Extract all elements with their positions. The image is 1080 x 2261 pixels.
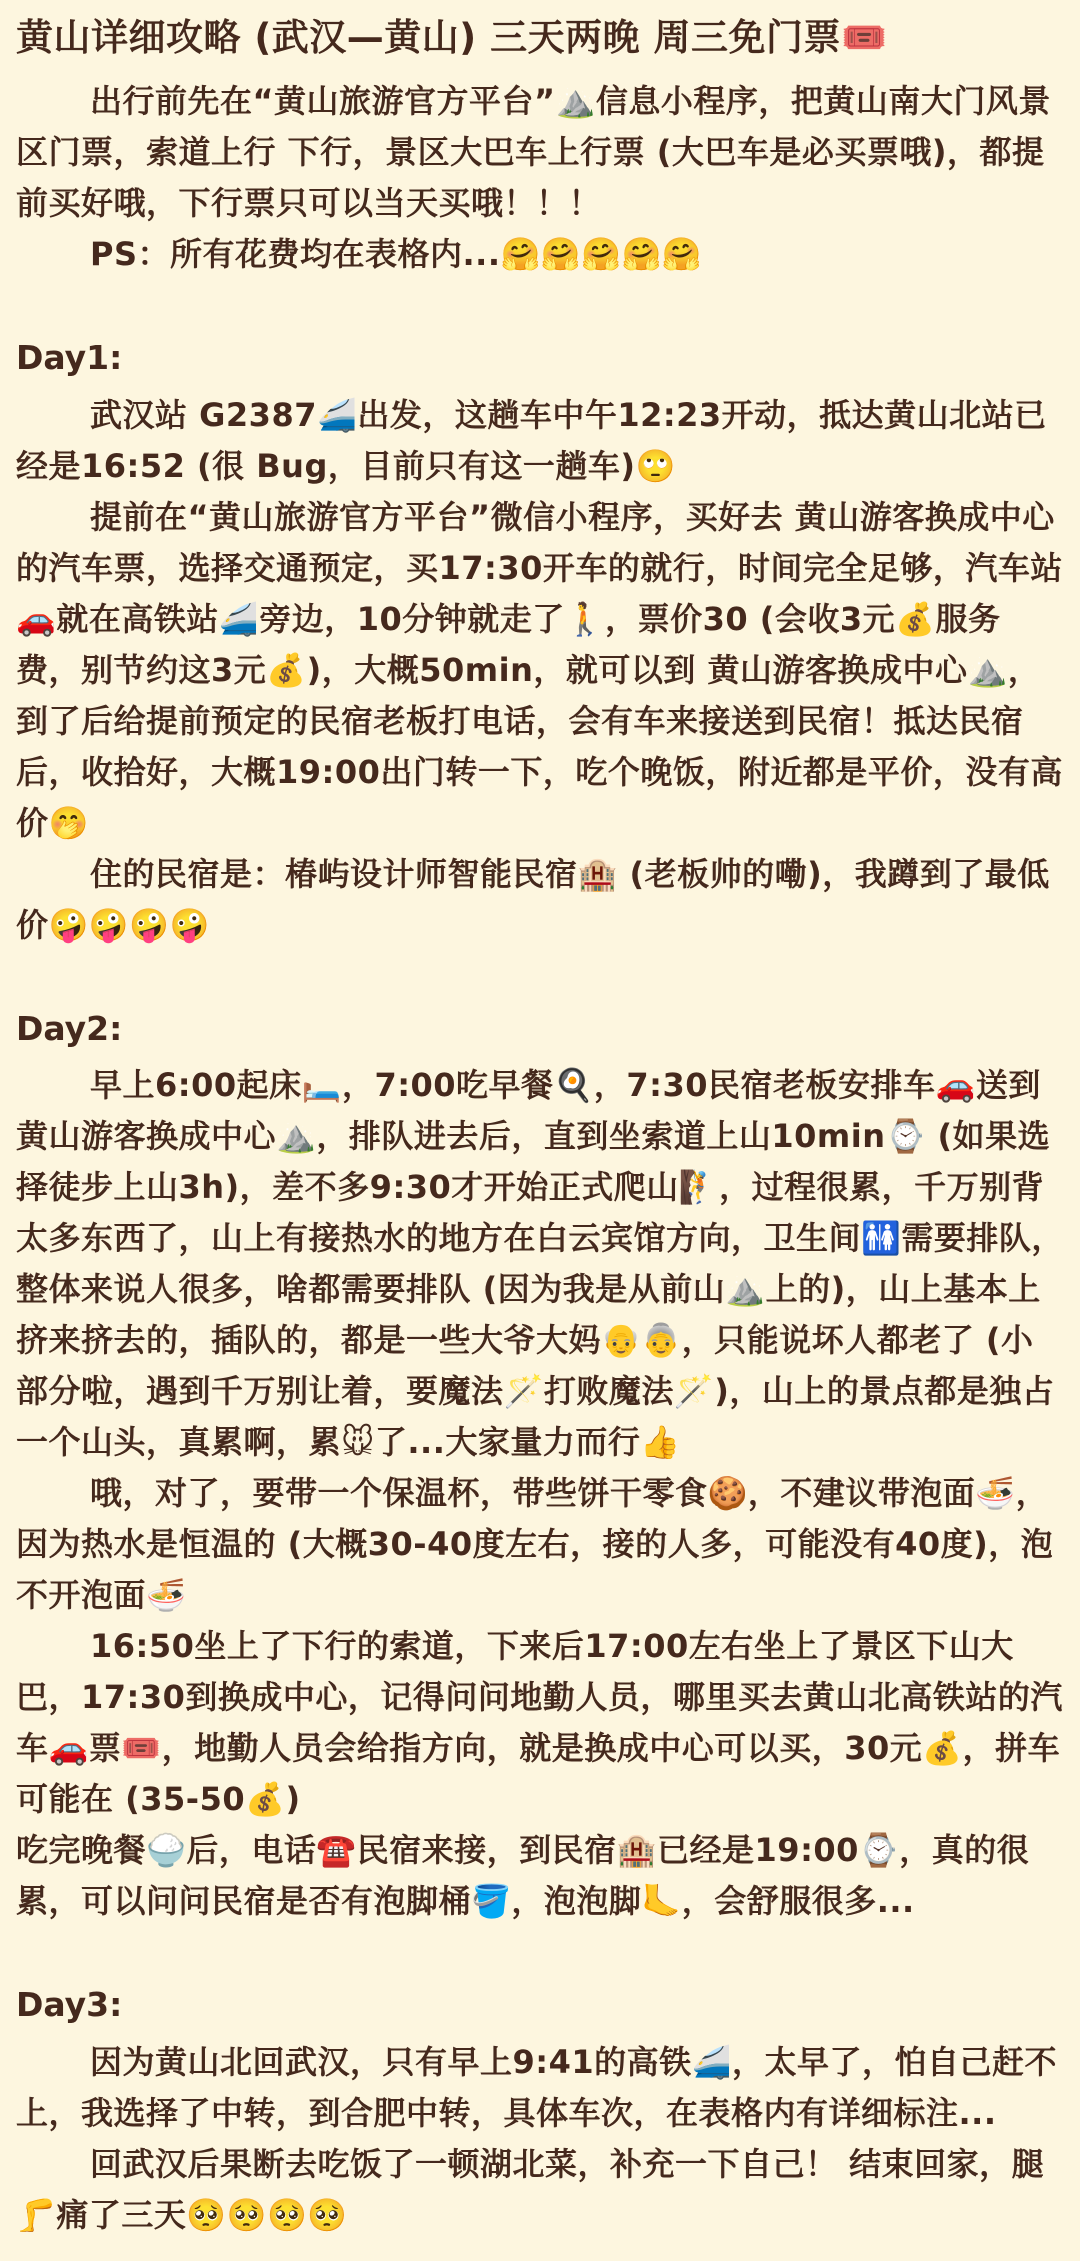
intro-ps-note: PS：所有花费均在表格内...🤗🤗🤗🤗🤗 — [16, 229, 1064, 280]
day2-paragraph-climb: 早上6:00起床🛏️，7:00吃早餐🍳，7:30民宿老板安排车🚗送到 黄山游客换… — [16, 1060, 1064, 1468]
day2-heading: Day2: — [16, 1009, 1064, 1049]
intro-paragraph: 出行前先在“黄山旅游官方平台”⛰️信息小程序，把黄山南大门风景区门票，索道上行 … — [16, 76, 1064, 229]
day1-paragraph-homestay: 住的民宿是：椿屿设计师智能民宿🏨 (老板帅的嘞)，我蹲到了最低价🤪🤪🤪🤪 — [16, 849, 1064, 951]
day1-paragraph-train: 武汉站 G2387🚄出发，这趟车中午12:23开动，抵达黄山北站已经是16:52… — [16, 390, 1064, 492]
day1-heading: Day1: — [16, 338, 1064, 378]
day1-paragraph-bus-transfer: 提前在“黄山旅游官方平台”微信小程序，买好去 黄山游客换成中心 的汽车票，选择交… — [16, 492, 1064, 849]
day3-paragraph-return-train: 因为黄山北回武汉，只有早上9:41的高铁🚄，太早了，怕自己赶不上，我选择了中转，… — [16, 2037, 1064, 2139]
travel-note: 黄山详细攻略 (武汉—黄山) 三天两晚 周三免门票🎟️ 出行前先在“黄山旅游官方… — [16, 14, 1064, 2241]
day2-paragraph-supplies: 哦，对了，要带一个保温杯，带些饼干零食🍪，不建议带泡面🍜，因为热水是恒温的 (大… — [16, 1468, 1064, 1621]
day2-paragraph-descent: 16:50坐上了下行的索道，下来后17:00左右坐上了景区下山大巴，17:30到… — [16, 1621, 1064, 1825]
day3-heading: Day3: — [16, 1985, 1064, 2025]
day2-paragraph-evening: 吃完晚餐🍚后，电话☎️民宿来接，到民宿🏨已经是19:00⌚，真的很累，可以问问民… — [16, 1825, 1064, 1927]
day3-paragraph-home: 回武汉后果断去吃饭了一顿湖北菜，补充一下自己！ 结束回家，腿🦵痛了三天🥺🥺🥺🥺 — [16, 2139, 1064, 2241]
post-title: 黄山详细攻略 (武汉—黄山) 三天两晚 周三免门票🎟️ — [16, 14, 1064, 62]
